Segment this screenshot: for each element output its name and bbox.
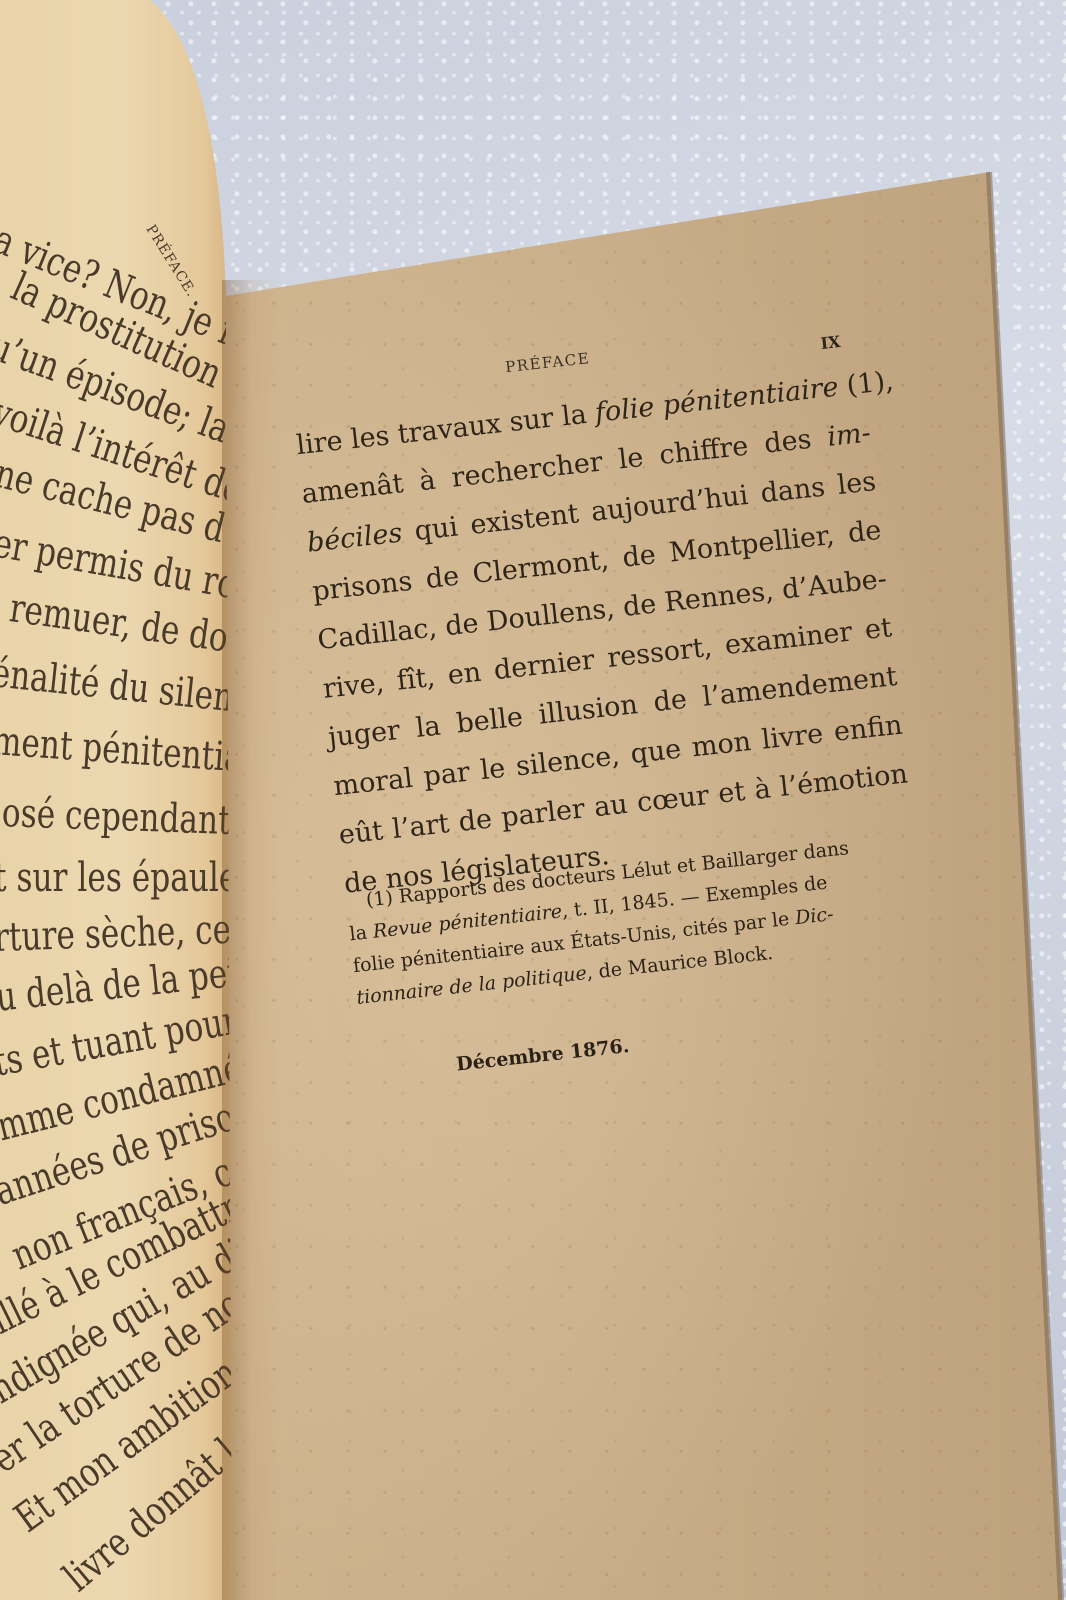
left-page-text: PRÉFACE. a vice? Non, je ne pla prostitu… [0, 0, 240, 1600]
gutter-shadow [222, 280, 282, 1600]
body-paragraph: lire les travaux sur la folie pénitentia… [294, 360, 916, 909]
page-number: IX [820, 332, 842, 353]
book-photo: PRÉFACE. a vice? Non, je ne pla prostitu… [0, 0, 1066, 1600]
